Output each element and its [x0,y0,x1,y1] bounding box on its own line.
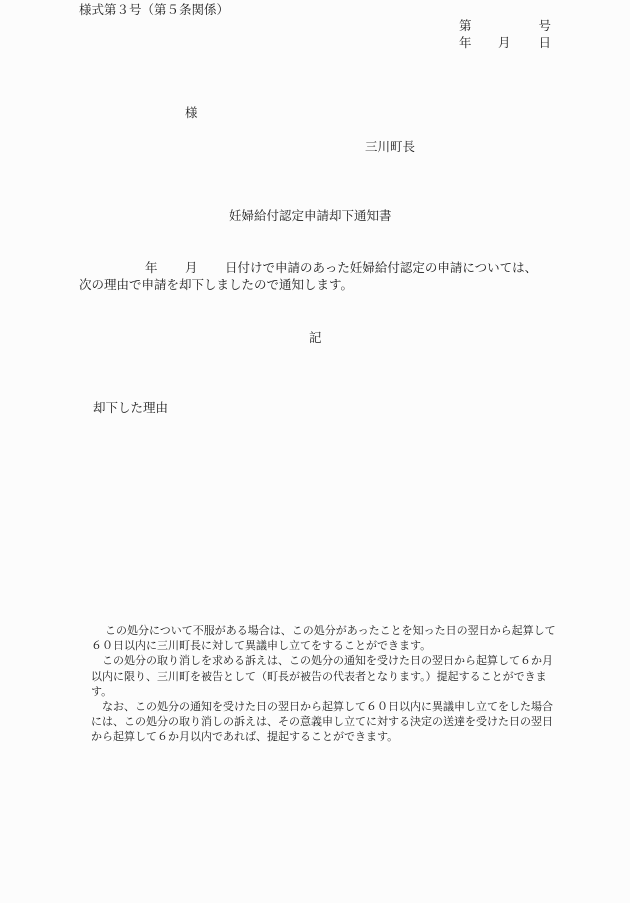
notice-paragraph: この処分について不服がある場合は、この処分があったことを知った日の翌日から起算し… [91,623,561,653]
date-day: 日 [538,34,551,51]
number-suffix: 号 [538,17,551,34]
appeal-notice: この処分について不服がある場合は、この処分があったことを知った日の翌日から起算し… [91,623,561,745]
document-title: 妊婦給付認定申請却下通知書 [229,207,392,224]
date-month: 月 [498,34,511,51]
recipient-suffix: 様 [185,104,198,121]
notice-paragraph: この処分の取り消しを求める訴えは、この処分の通知を受けた日の翌日から起算して６か… [91,653,561,699]
number-prefix: 第 [459,18,472,33]
ki-heading: 記 [309,329,322,346]
body-line-2: 次の理由で申請を却下しましたので通知します。 [79,276,563,293]
date-year: 年 [459,35,472,50]
document-number-line: 第 号 [459,17,551,34]
notice-paragraph: なお、この処分の通知を受けた日の翌日から起算して６０日以内に異議申し立てをした場… [91,699,561,745]
form-number: 様式第３号（第５条関係） [79,1,229,18]
sender-name: 三川町長 [365,138,415,155]
document-date-line: 年 月 日 [459,34,551,51]
body-paragraph: 年月日付けで申請のあった妊婦給付認定の申請については、 次の理由で申請を却下しま… [79,259,563,293]
body-month: 月 [185,259,225,276]
body-line-1-text: 日付けで申請のあった妊婦給付認定の申請については、 [225,260,537,275]
rejection-reason-label: 却下した理由 [93,399,168,416]
body-line-1: 年月日付けで申請のあった妊婦給付認定の申請については、 [79,259,563,276]
body-year: 年 [145,259,185,276]
